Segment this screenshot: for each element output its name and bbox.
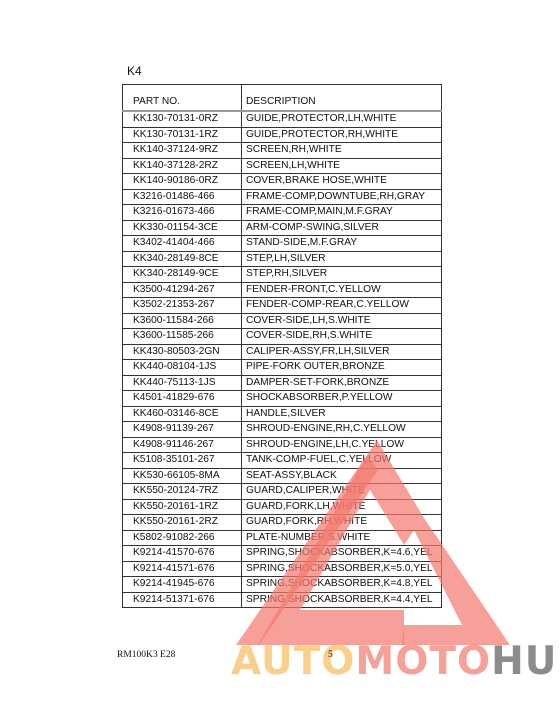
table-row: K3502-21353-267FENDER-COMP-REAR,C.YELLOW (123, 298, 442, 314)
part-number-cell: K3216-01673-466 (123, 205, 242, 221)
table-row: K3600-11584-266COVER-SIDE,LH,S.WHITE (123, 313, 442, 329)
part-number-cell: K9214-41570-676 (123, 546, 242, 562)
table-row: K5802-91082-266PLATE-NUMBER,S.WHITE (123, 530, 442, 546)
table-row: KK430-80503-2GNCALIPER-ASSY,FR,LH,SILVER (123, 344, 442, 360)
description-cell: SHROUD-ENGINE,RH,C.YELLOW (242, 422, 442, 438)
description-cell: SHOCKABSORBER,P.YELLOW (242, 391, 442, 407)
description-cell: FRAME-COMP,MAIN,M.F.GRAY (242, 205, 442, 221)
description-cell: CALIPER-ASSY,FR,LH,SILVER (242, 344, 442, 360)
description-cell: GUARD,FORK,RH,WHITE (242, 515, 442, 531)
watermark-text: AUTOMOTOHUB (231, 642, 560, 681)
section-label: K4 (127, 64, 142, 78)
part-number-cell: KK330-01154-3CE (123, 220, 242, 236)
table-row: K3500-41294-267FENDER-FRONT,C.YELLOW (123, 282, 442, 298)
part-number-cell: K4501-41829-676 (123, 391, 242, 407)
description-cell: COVER,BRAKE HOSE,WHITE (242, 174, 442, 190)
part-number-cell: K3600-11585-266 (123, 329, 242, 345)
description-cell: SEAT-ASSY,BLACK (242, 468, 442, 484)
description-cell: SPRING,SHOCKABSORBER,K=4.6,YEL (242, 546, 442, 562)
table-row: KK460-03146-8CEHANDLE,SILVER (123, 406, 442, 422)
table-row: K4908-91139-267SHROUD-ENGINE,RH,C.YELLOW (123, 422, 442, 438)
description-cell: SHROUD-ENGINE,LH,C.YELLOW (242, 437, 442, 453)
table-row: K3600-11585-266COVER-SIDE,RH,S.WHITE (123, 329, 442, 345)
part-number-cell: KK140-37128-2RZ (123, 158, 242, 174)
table-row: KK340-28149-8CESTEP,LH,SILVER (123, 251, 442, 267)
table-row: KK440-08104-1JSPIPE-FORK OUTER,BRONZE (123, 360, 442, 376)
column-header-description: DESCRIPTION (242, 85, 442, 112)
description-cell: SPRING,SHOCKABSORBER,K=5.0,YEL (242, 561, 442, 577)
part-number-cell: KK130-70131-0RZ (123, 111, 242, 127)
description-cell: STEP,RH,SILVER (242, 267, 442, 283)
column-header-part-no: PART NO. (123, 85, 242, 112)
part-number-cell: KK550-20161-2RZ (123, 515, 242, 531)
table-row: KK550-20161-2RZGUARD,FORK,RH,WHITE (123, 515, 442, 531)
part-number-cell: KK530-66105-8MA (123, 468, 242, 484)
part-number-cell: KK340-28149-8CE (123, 251, 242, 267)
part-number-cell: K4908-91146-267 (123, 437, 242, 453)
description-cell: COVER-SIDE,LH,S.WHITE (242, 313, 442, 329)
part-number-cell: KK140-90186-0RZ (123, 174, 242, 190)
page-number: 5 (328, 650, 333, 660)
parts-table: PART NO. DESCRIPTION KK130-70131-0RZGUID… (122, 84, 442, 608)
table-row: KK440-75113-1JSDAMPER-SET-FORK,BRONZE (123, 375, 442, 391)
part-number-cell: K3216-01486-466 (123, 189, 242, 205)
description-cell: STAND-SIDE,M.F.GRAY (242, 236, 442, 252)
part-number-cell: KK430-80503-2GN (123, 344, 242, 360)
part-number-cell: K3402-41404-466 (123, 236, 242, 252)
part-number-cell: K5108-35101-267 (123, 453, 242, 469)
description-cell: GUIDE,PROTECTOR,LH,WHITE (242, 111, 442, 127)
table-body: KK130-70131-0RZGUIDE,PROTECTOR,LH,WHITEK… (123, 111, 442, 608)
table-row: KK550-20161-1RZGUARD,FORK,LH,WHITE (123, 499, 442, 515)
part-number-cell: KK550-20161-1RZ (123, 499, 242, 515)
description-cell: SPRING,SHOCKABSORBER,K=4.8,YEL (242, 577, 442, 593)
table-row: KK140-37124-9RZSCREEN,RH,WHITE (123, 143, 442, 159)
part-number-cell: K9214-51371-676 (123, 592, 242, 608)
table-row: KK330-01154-3CEARM-COMP-SWING,SILVER (123, 220, 442, 236)
part-number-cell: K3502-21353-267 (123, 298, 242, 314)
part-number-cell: KK340-28149-9CE (123, 267, 242, 283)
table-row: K3216-01486-466FRAME-COMP,DOWNTUBE,RH,GR… (123, 189, 442, 205)
table-row: KK550-20124-7RZGUARD,CALIPER,WHITE (123, 484, 442, 500)
description-cell: HANDLE,SILVER (242, 406, 442, 422)
table-row: K9214-41945-676SPRING,SHOCKABSORBER,K=4.… (123, 577, 442, 593)
table-header-row: PART NO. DESCRIPTION (123, 85, 442, 112)
table-row: K4908-91146-267SHROUD-ENGINE,LH,C.YELLOW (123, 437, 442, 453)
part-number-cell: K3600-11584-266 (123, 313, 242, 329)
part-number-cell: K4908-91139-267 (123, 422, 242, 438)
table-row: KK340-28149-9CESTEP,RH,SILVER (123, 267, 442, 283)
part-number-cell: KK140-37124-9RZ (123, 143, 242, 159)
document-code: RM100K3 E28 (117, 650, 175, 660)
part-number-cell: KK440-08104-1JS (123, 360, 242, 376)
part-number-cell: KK550-20124-7RZ (123, 484, 242, 500)
description-cell: FENDER-COMP-REAR,C.YELLOW (242, 298, 442, 314)
table-row: K9214-51371-676SPRING,SHOCKABSORBER,K=4.… (123, 592, 442, 608)
table-row: KK140-90186-0RZCOVER,BRAKE HOSE,WHITE (123, 174, 442, 190)
watermark-moto: MOTO (355, 639, 491, 684)
table-row: K3216-01673-466FRAME-COMP,MAIN,M.F.GRAY (123, 205, 442, 221)
table-row: K9214-41571-676SPRING,SHOCKABSORBER,K=5.… (123, 561, 442, 577)
part-number-cell: KK460-03146-8CE (123, 406, 242, 422)
description-cell: COVER-SIDE,RH,S.WHITE (242, 329, 442, 345)
table-row: KK130-70131-0RZGUIDE,PROTECTOR,LH,WHITE (123, 111, 442, 127)
part-number-cell: K9214-41945-676 (123, 577, 242, 593)
description-cell: STEP,LH,SILVER (242, 251, 442, 267)
watermark-hub: HUB (491, 639, 560, 684)
table-row: KK140-37128-2RZSCREEN,LH,WHITE (123, 158, 442, 174)
part-number-cell: KK440-75113-1JS (123, 375, 242, 391)
table-row: KK530-66105-8MASEAT-ASSY,BLACK (123, 468, 442, 484)
table-row: K4501-41829-676SHOCKABSORBER,P.YELLOW (123, 391, 442, 407)
table-row: K9214-41570-676SPRING,SHOCKABSORBER,K=4.… (123, 546, 442, 562)
table-row: KK130-70131-1RZGUIDE,PROTECTOR,RH,WHITE (123, 127, 442, 143)
description-cell: FRAME-COMP,DOWNTUBE,RH,GRAY (242, 189, 442, 205)
part-number-cell: K9214-41571-676 (123, 561, 242, 577)
part-number-cell: K3500-41294-267 (123, 282, 242, 298)
description-cell: FENDER-FRONT,C.YELLOW (242, 282, 442, 298)
table-row: K3402-41404-466STAND-SIDE,M.F.GRAY (123, 236, 442, 252)
description-cell: ARM-COMP-SWING,SILVER (242, 220, 442, 236)
description-cell: GUARD,CALIPER,WHITE (242, 484, 442, 500)
part-number-cell: K5802-91082-266 (123, 530, 242, 546)
description-cell: DAMPER-SET-FORK,BRONZE (242, 375, 442, 391)
description-cell: GUIDE,PROTECTOR,RH,WHITE (242, 127, 442, 143)
watermark-auto: AUTO (231, 639, 355, 684)
description-cell: SPRING,SHOCKABSORBER,K=4.4,YEL (242, 592, 442, 608)
part-number-cell: KK130-70131-1RZ (123, 127, 242, 143)
description-cell: PIPE-FORK OUTER,BRONZE (242, 360, 442, 376)
description-cell: GUARD,FORK,LH,WHITE (242, 499, 442, 515)
description-cell: TANK-COMP-FUEL,C.YELLOW (242, 453, 442, 469)
description-cell: PLATE-NUMBER,S.WHITE (242, 530, 442, 546)
table-row: K5108-35101-267TANK-COMP-FUEL,C.YELLOW (123, 453, 442, 469)
description-cell: SCREEN,RH,WHITE (242, 143, 442, 159)
description-cell: SCREEN,LH,WHITE (242, 158, 442, 174)
